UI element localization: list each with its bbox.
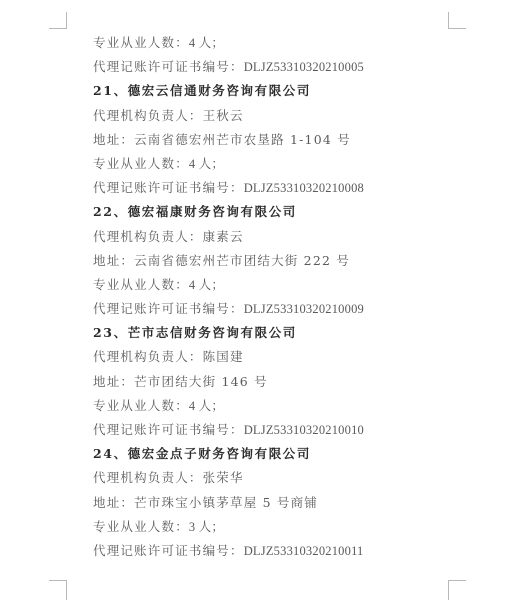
responsible-person-label: 代理机构负责人： (93, 108, 203, 123)
staff-count-value: 4 人； (189, 157, 224, 171)
staff-count-value: 4 人； (189, 399, 224, 413)
address-value: 云南省德宏州芒市团结大街 222 号 (134, 253, 350, 268)
address-value: 云南省德宏州芒市农垦路 1-104 号 (134, 132, 351, 147)
margin-corner-bottom-left (49, 580, 67, 600)
margin-corner-top-right (448, 12, 466, 29)
document-body: 专业从业人数：4 人； 代理记账许可证书编号：DLJZ5331032021000… (93, 31, 433, 563)
license-label: 代理记账许可证书编号： (93, 543, 244, 558)
address-value: 芒市团结大街 146 号 (134, 374, 268, 389)
responsible-person-line: 代理机构负责人：张荣华 (93, 466, 433, 490)
license-value: DLJZ53310320210010 (244, 423, 364, 437)
responsible-person-value: 张荣华 (203, 470, 244, 485)
company-heading: 21、德宏云信通财务咨询有限公司 (93, 79, 433, 103)
company-heading: 24、德宏金点子财务咨询有限公司 (93, 442, 433, 466)
license-label: 代理记账许可证书编号： (93, 301, 244, 316)
address-line: 地址：云南省德宏州芒市农垦路 1-104 号 (93, 128, 433, 152)
staff-count-label: 专业从业人数： (93, 519, 189, 534)
license-line: 代理记账许可证书编号：DLJZ53310320210010 (93, 418, 433, 442)
staff-count-label: 专业从业人数： (93, 35, 189, 50)
staff-count-line: 专业从业人数：4 人； (93, 394, 433, 418)
staff-count-line: 专业从业人数：4 人； (93, 152, 433, 176)
address-line: 地址：芒市团结大街 146 号 (93, 370, 433, 394)
document-page: 专业从业人数：4 人； 代理记账许可证书编号：DLJZ5331032021000… (0, 0, 509, 600)
license-line: 代理记账许可证书编号：DLJZ53310320210009 (93, 297, 433, 321)
responsible-person-label: 代理机构负责人： (93, 349, 203, 364)
staff-count-label: 专业从业人数： (93, 398, 189, 413)
staff-count-line: 专业从业人数：4 人； (93, 31, 433, 55)
responsible-person-line: 代理机构负责人：陈国建 (93, 345, 433, 369)
responsible-person-line: 代理机构负责人：王秋云 (93, 104, 433, 128)
staff-count-line: 专业从业人数：3 人； (93, 515, 433, 539)
staff-count-label: 专业从业人数： (93, 156, 189, 171)
license-value: DLJZ53310320210005 (244, 60, 364, 74)
license-value: DLJZ53310320210008 (244, 181, 364, 195)
address-label: 地址： (93, 253, 134, 268)
license-value: DLJZ53310320210011 (244, 544, 364, 558)
staff-count-value: 4 人； (189, 36, 224, 50)
address-label: 地址： (93, 374, 134, 389)
staff-count-label: 专业从业人数： (93, 277, 189, 292)
company-heading: 23、芒市志信财务咨询有限公司 (93, 321, 433, 345)
license-line: 代理记账许可证书编号：DLJZ53310320210011 (93, 539, 433, 563)
license-label: 代理记账许可证书编号： (93, 180, 244, 195)
margin-corner-top-left (49, 12, 67, 29)
staff-count-line: 专业从业人数：4 人； (93, 273, 433, 297)
license-line: 代理记账许可证书编号：DLJZ53310320210008 (93, 176, 433, 200)
responsible-person-value: 王秋云 (203, 108, 244, 123)
responsible-person-line: 代理机构负责人：康素云 (93, 225, 433, 249)
address-line: 地址：云南省德宏州芒市团结大街 222 号 (93, 249, 433, 273)
license-label: 代理记账许可证书编号： (93, 59, 244, 74)
license-value: DLJZ53310320210009 (244, 302, 364, 316)
responsible-person-value: 康素云 (203, 229, 244, 244)
license-line: 代理记账许可证书编号：DLJZ53310320210005 (93, 55, 433, 79)
address-label: 地址： (93, 495, 134, 510)
company-heading: 22、德宏福康财务咨询有限公司 (93, 200, 433, 224)
address-label: 地址： (93, 132, 134, 147)
license-label: 代理记账许可证书编号： (93, 422, 244, 437)
staff-count-value: 3 人； (189, 520, 224, 534)
responsible-person-label: 代理机构负责人： (93, 229, 203, 244)
address-value: 芒市珠宝小镇茅草屋 5 号商铺 (134, 495, 318, 510)
responsible-person-value: 陈国建 (203, 349, 244, 364)
responsible-person-label: 代理机构负责人： (93, 470, 203, 485)
margin-corner-bottom-right (448, 580, 466, 600)
staff-count-value: 4 人； (189, 278, 224, 292)
address-line: 地址：芒市珠宝小镇茅草屋 5 号商铺 (93, 491, 433, 515)
